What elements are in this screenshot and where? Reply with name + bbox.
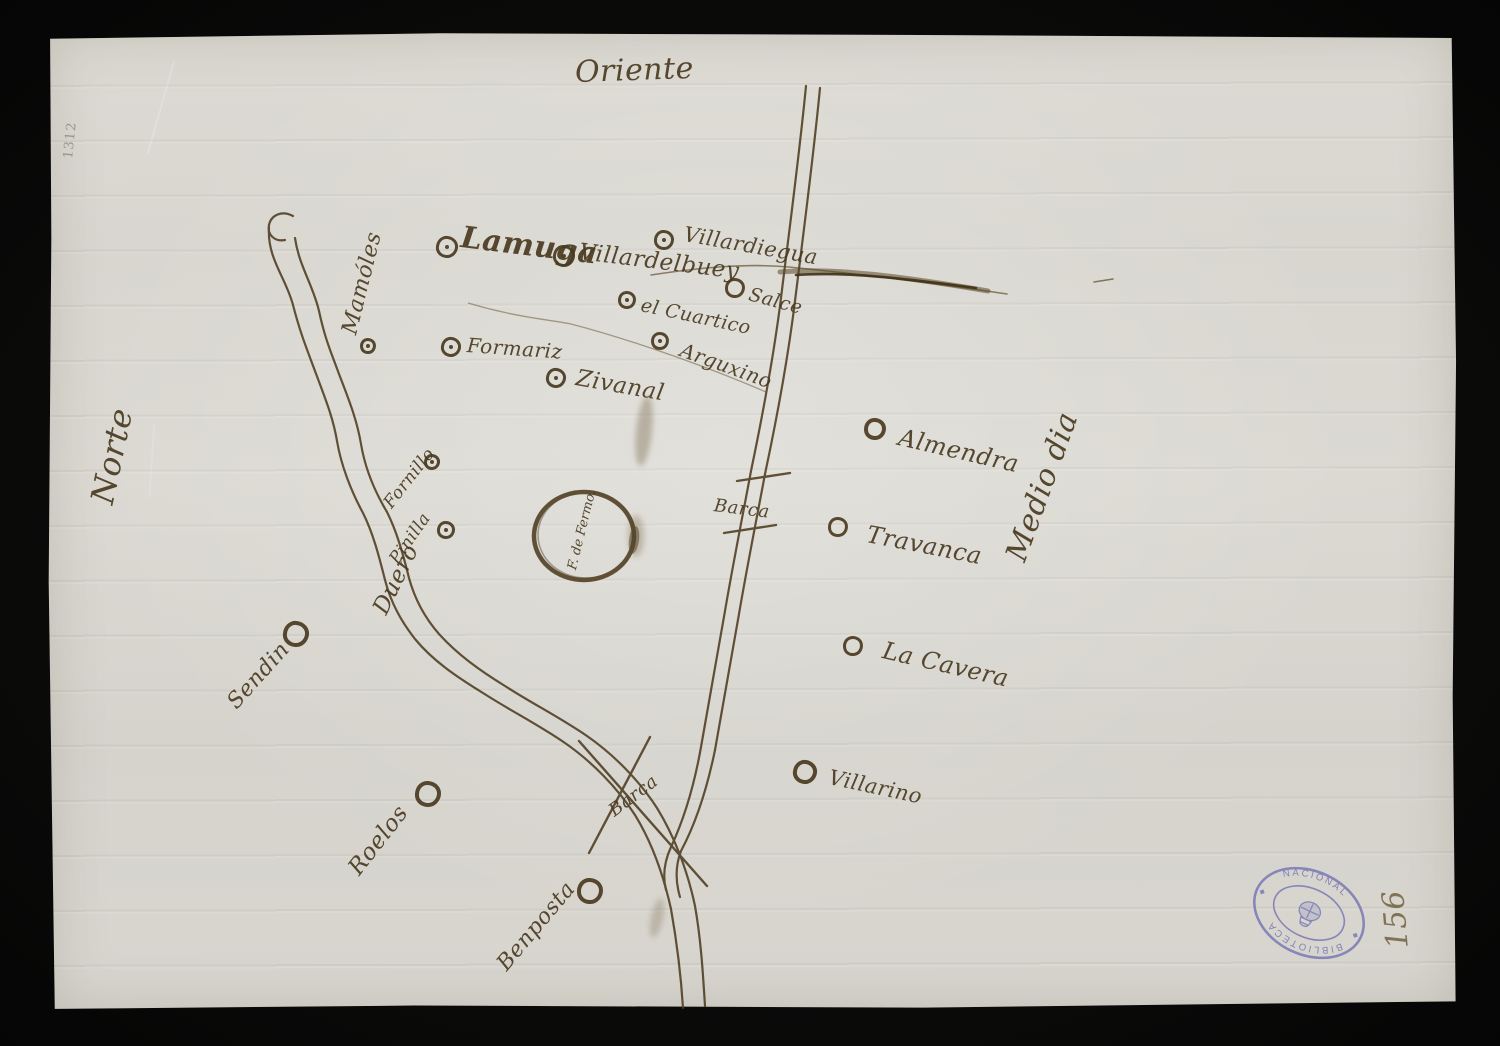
marker-dot: [554, 376, 558, 380]
folio-number: 156: [1379, 889, 1414, 950]
marker-dot: [625, 298, 629, 302]
village-marker-pinilla: [437, 521, 455, 539]
marker-dot: [445, 245, 449, 249]
marker-dot: [444, 528, 448, 532]
ferry-bars-south: [579, 737, 707, 886]
orientation-label-east: Oriente: [574, 54, 694, 88]
pencil-number: 1312: [62, 121, 79, 159]
marker-dot: [562, 254, 566, 258]
stamp-emblem: [1293, 898, 1323, 930]
river-duero: [269, 213, 705, 1008]
marker-dot: [366, 344, 371, 349]
marker-dot: [449, 345, 454, 350]
marker-dot: [662, 238, 666, 242]
marker-dot: [658, 339, 663, 344]
scanned-manuscript-map: Oriente Norte Medio dia Duero F. de Ferm…: [0, 0, 1500, 1046]
village-label-formariz: Formariz: [466, 335, 563, 362]
